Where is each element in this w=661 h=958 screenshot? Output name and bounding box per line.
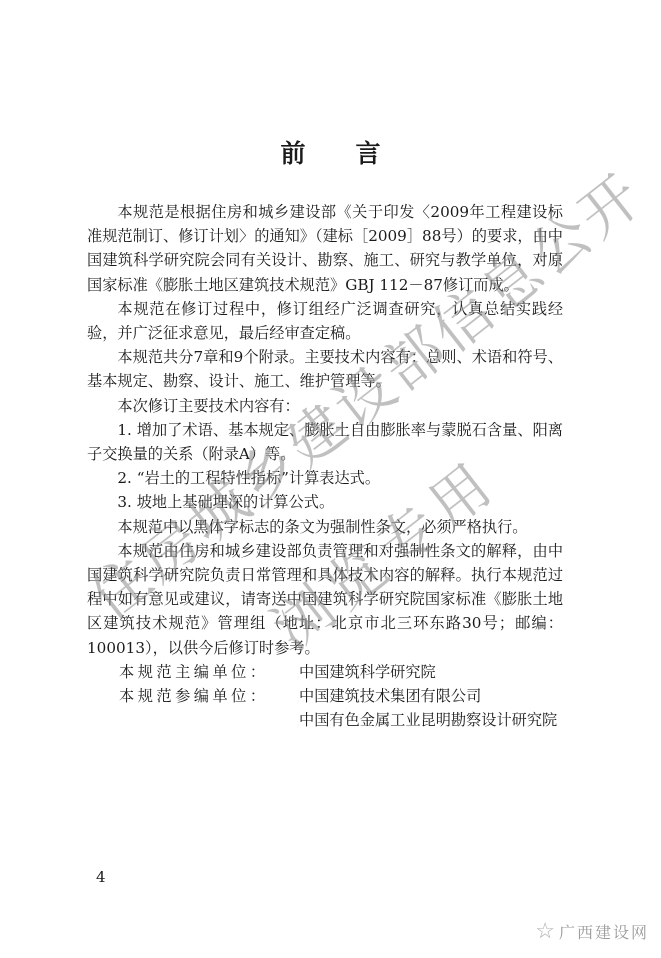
participating-editors-label: 本规范参编单位：	[87, 684, 299, 732]
page-number: 4	[96, 868, 106, 886]
revision-item-2: 2. “岩土的工程特性指标”计算表达式。	[87, 466, 563, 490]
chief-editor-label: 本规范主编单位：	[87, 660, 299, 684]
chief-editor-value: 中国建筑科学研究院	[299, 660, 563, 684]
participating-editor-2: 中国有色金属工业昆明勘察设计研究院	[299, 708, 563, 732]
paragraph-revisions-intro: 本次修订主要技术内容有：	[87, 394, 563, 418]
paragraph-process: 本规范在修订过程中，修订组经广泛调查研究，认真总结实践经验，并广泛征求意见，最后…	[87, 297, 563, 345]
revision-item-1: 1. 增加了术语、基本规定、膨胀土自由膨胀率与蒙脱石含量、阳离子交换量的关系（附…	[87, 418, 563, 466]
paragraph-management: 本规范由住房和城乡建设部负责管理和对强制性条文的解释，由中国建筑科学研究院负责日…	[87, 539, 563, 660]
star-logo-icon: ☆	[535, 919, 555, 944]
chief-editor-row: 本规范主编单位： 中国建筑科学研究院	[87, 660, 563, 684]
revision-item-3: 3. 坡地上基础埋深的计算公式。	[87, 490, 563, 514]
site-logo: ☆ 广西建设网	[535, 919, 649, 944]
logo-text: 广西建设网	[559, 920, 649, 943]
preface-body: 本规范是根据住房和城乡建设部《关于印发〈2009年工程建设标准规范制订、修订计划…	[87, 200, 563, 732]
paragraph-structure: 本规范共分7章和9个附录。主要技术内容有：总则、术语和符号、基本规定、勘察、设计…	[87, 345, 563, 393]
participating-editors-row: 本规范参编单位： 中国建筑技术集团有限公司 中国有色金属工业昆明勘察设计研究院	[87, 684, 563, 732]
participating-editor-1: 中国建筑技术集团有限公司	[299, 684, 563, 708]
page-title: 前言	[0, 134, 661, 170]
paragraph-basis: 本规范是根据住房和城乡建设部《关于印发〈2009年工程建设标准规范制订、修订计划…	[87, 200, 563, 297]
paragraph-mandatory: 本规范中以黑体字标志的条文为强制性条文，必须严格执行。	[87, 515, 563, 539]
